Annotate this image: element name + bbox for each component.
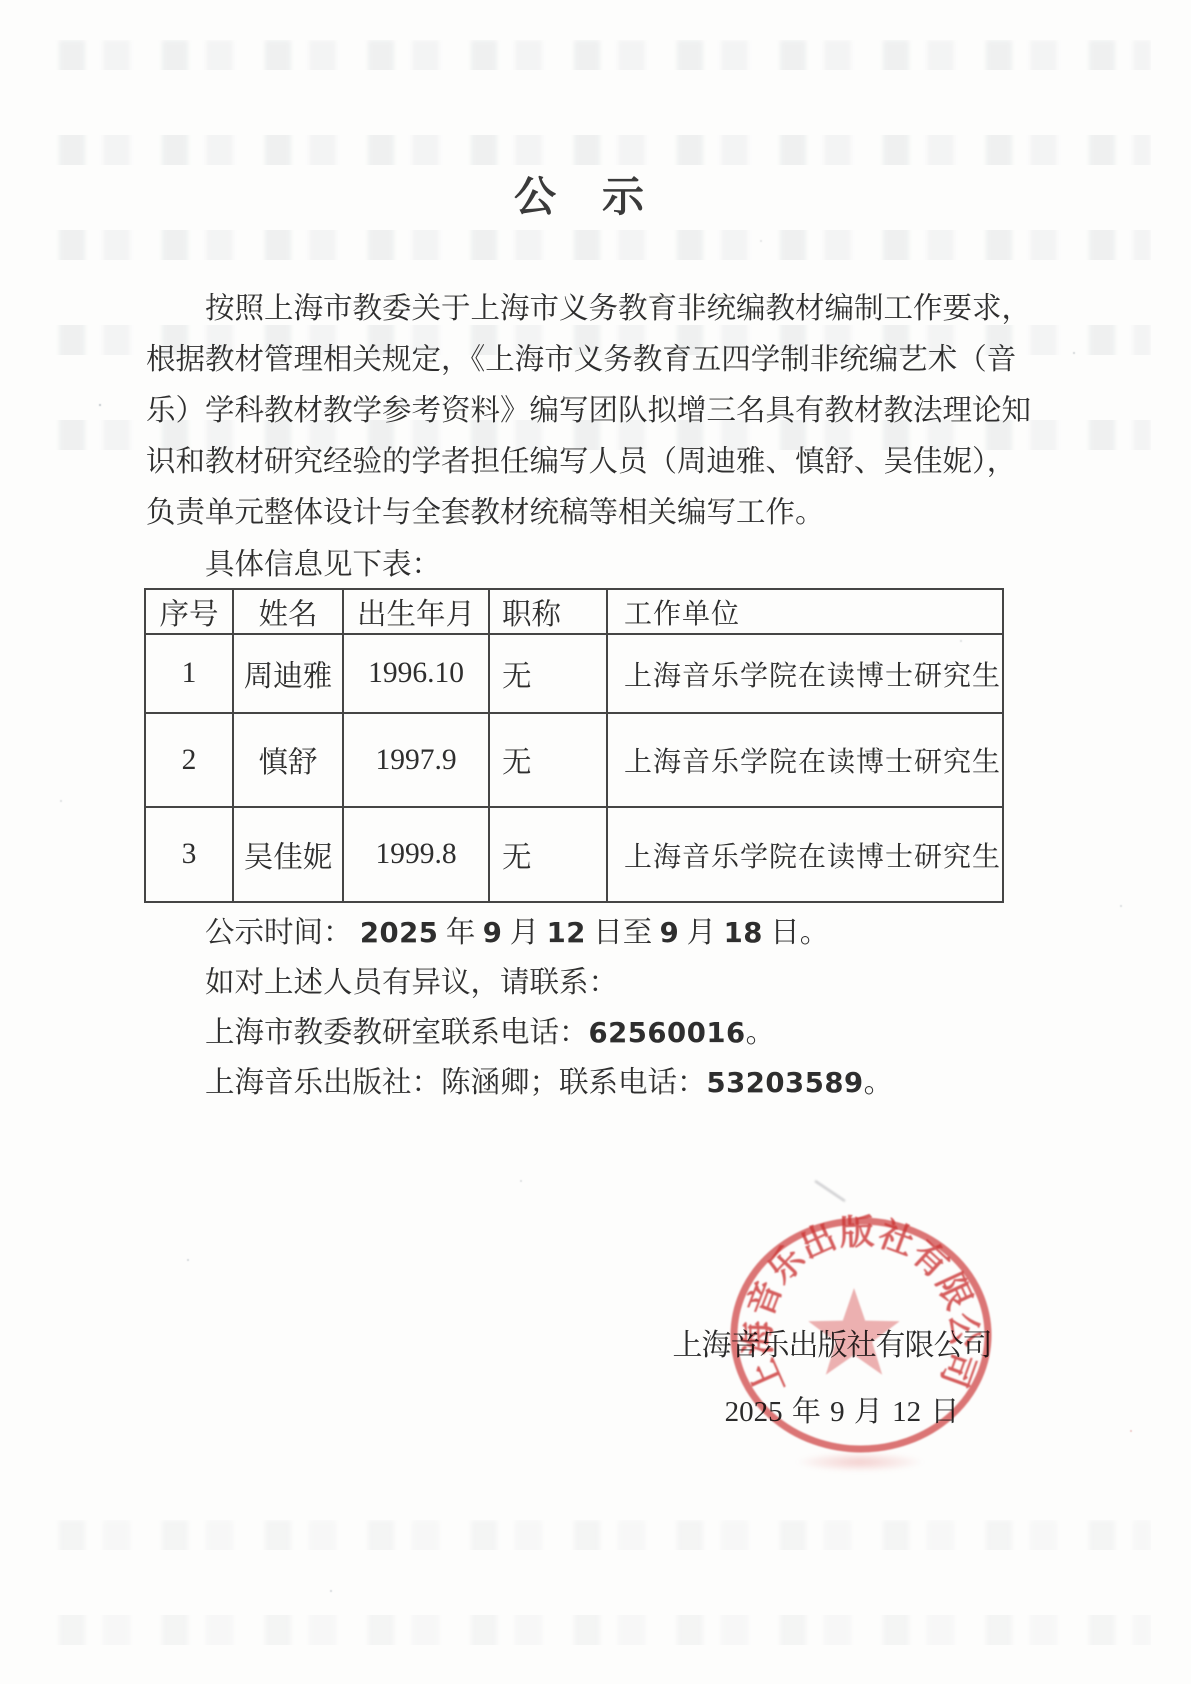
svg-text:上海音乐出版社有限公司: 上海音乐出版社有限公司: [739, 1213, 984, 1401]
table-header-row: 序号姓名出生年月职称工作单位: [145, 589, 1003, 634]
table-cell: 3: [145, 807, 233, 902]
staff-table: 序号姓名出生年月职称工作单位 1周迪雅1996.10无上海音乐学院在读博士研究生…: [144, 588, 1004, 903]
table-cell: 无: [489, 807, 607, 902]
table-cell: 周迪雅: [233, 634, 343, 713]
footer-line: 上海市教委教研室联系电话：62560016。: [146, 1008, 1056, 1058]
table-intro-line: 具体信息见下表：: [146, 540, 1056, 590]
table-header-cell: 工作单位: [607, 589, 1003, 634]
footer-line: 公示时间： 2025 年 9 月 12 日至 9 月 18 日。: [146, 908, 1056, 958]
intro-paragraph: 按照上海市教委关于上海市义务教育非统编教材编制工作要求，根据教材管理相关规定，《…: [146, 284, 1056, 539]
intro-line: 根据教材管理相关规定，《上海市义务教育五四学制非统编艺术（音: [146, 335, 1056, 386]
table-cell: 1: [145, 634, 233, 713]
table-cell: 慎舒: [233, 713, 343, 807]
seal-star-icon: [808, 1288, 899, 1375]
intro-line: 乐）学科教材教学参考资料》编写团队拟增三名具有教材教法理论知: [146, 386, 1056, 437]
table-cell: 上海音乐学院在读博士研究生: [607, 634, 1003, 713]
seal-ink-smudge: [795, 1452, 925, 1472]
table-cell: 上海音乐学院在读博士研究生: [607, 807, 1003, 902]
table-header-cell: 职称: [489, 589, 607, 634]
footer-line: 如对上述人员有异议，请联系：: [146, 958, 1056, 1008]
intro-line: 按照上海市教委关于上海市义务教育非统编教材编制工作要求，: [146, 284, 1056, 335]
table-cell: 无: [489, 634, 607, 713]
table-cell: 无: [489, 713, 607, 807]
table-cell: 1999.8: [343, 807, 489, 902]
page-title: 公 示: [0, 164, 1160, 210]
intro-line: 识和教材研究经验的学者担任编写人员（周迪雅、慎舒、吴佳妮），: [146, 437, 1056, 488]
document-content: 公 示 按照上海市教委关于上海市义务教育非统编教材编制工作要求，根据教材管理相关…: [0, 0, 1191, 1684]
table-cell: 1996.10: [343, 634, 489, 713]
seal-arc-text: 上海音乐出版社有限公司: [739, 1213, 984, 1401]
table-cell: 上海音乐学院在读博士研究生: [607, 713, 1003, 807]
intro-line: 负责单元整体设计与全套教材统稿等相关编写工作。: [146, 488, 1056, 539]
table-row: 3吴佳妮1999.8无上海音乐学院在读博士研究生: [145, 807, 1003, 902]
table-row: 1周迪雅1996.10无上海音乐学院在读博士研究生: [145, 634, 1003, 713]
table-cell: 吴佳妮: [233, 807, 343, 902]
scanned-notice-page: 公 示 按照上海市教委关于上海市义务教育非统编教材编制工作要求，根据教材管理相关…: [0, 0, 1191, 1684]
table-header-cell: 姓名: [233, 589, 343, 634]
table-cell: 1997.9: [343, 713, 489, 807]
table-header-cell: 出生年月: [343, 589, 489, 634]
company-seal: 上海音乐出版社有限公司: [722, 1208, 1002, 1468]
footer-block: 公示时间： 2025 年 9 月 12 日至 9 月 18 日。如对上述人员有异…: [146, 908, 1056, 1108]
table-row: 2慎舒1997.9无上海音乐学院在读博士研究生: [145, 713, 1003, 807]
footer-line: 上海音乐出版社：陈涵卿；联系电话：53203589。: [146, 1058, 1056, 1108]
table-header-cell: 序号: [145, 589, 233, 634]
table-cell: 2: [145, 713, 233, 807]
